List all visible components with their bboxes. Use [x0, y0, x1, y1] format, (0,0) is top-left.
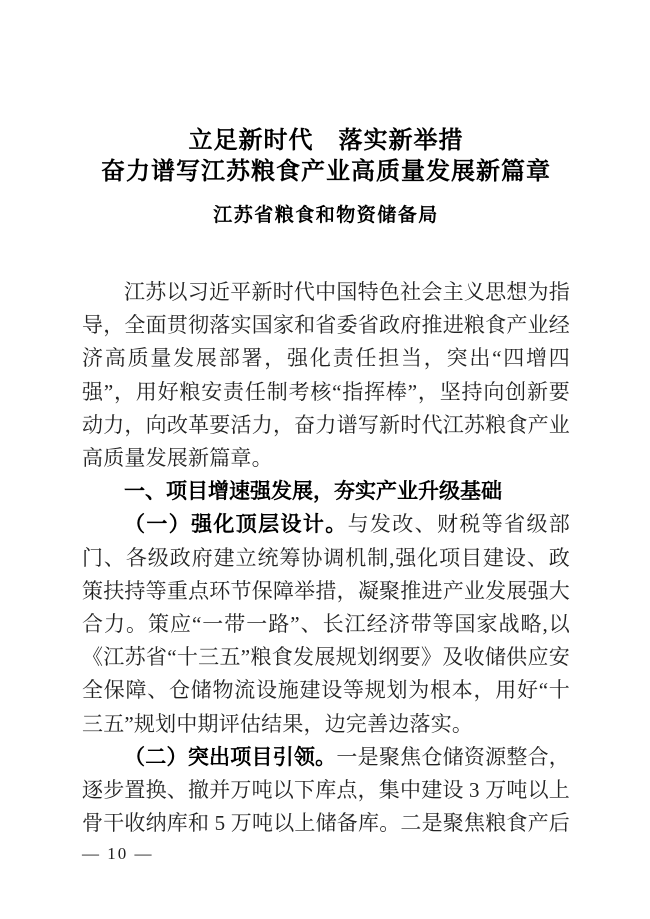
document-author: 江苏省粮食和物资储备局: [82, 203, 570, 229]
paragraph-item-1-lead: （一）强化顶层设计。: [124, 512, 348, 536]
section-heading: 一、项目增速强发展，夯实产业升级基础: [82, 475, 570, 508]
title-line-2: 奋力谱写江苏粮食产业高质量发展新篇章: [82, 157, 570, 188]
paragraph-item-2-lead: （二）突出项目引领。: [124, 745, 336, 769]
paragraph-item-1-text: 与发改、财税等省级部门、各级政府建立统筹协调机制,强化项目建设、政策扶持等重点环…: [82, 512, 570, 735]
document-body: 江苏以习近平新时代中国特色社会主义思想为指导，全面贯彻落实国家和省委省政府推进粮…: [82, 276, 570, 840]
page-number: — 10 —: [82, 843, 570, 865]
title-line-1: 立足新时代 落实新举措: [82, 126, 570, 157]
paragraph-item-1: （一）强化顶层设计。与发改、财税等省级部门、各级政府建立统筹协调机制,强化项目建…: [82, 508, 570, 740]
document-title: 立足新时代 落实新举措 奋力谱写江苏粮食产业高质量发展新篇章: [82, 126, 570, 188]
document-page: 立足新时代 落实新举措 奋力谱写江苏粮食产业高质量发展新篇章 江苏省粮食和物资储…: [0, 0, 650, 919]
paragraph-item-2: （二）突出项目引领。一是聚焦仓储资源整合，逐步置换、撤并万吨以下库点，集中建设 …: [82, 741, 570, 841]
paragraph-intro: 江苏以习近平新时代中国特色社会主义思想为指导，全面贯彻落实国家和省委省政府推进粮…: [82, 276, 570, 475]
